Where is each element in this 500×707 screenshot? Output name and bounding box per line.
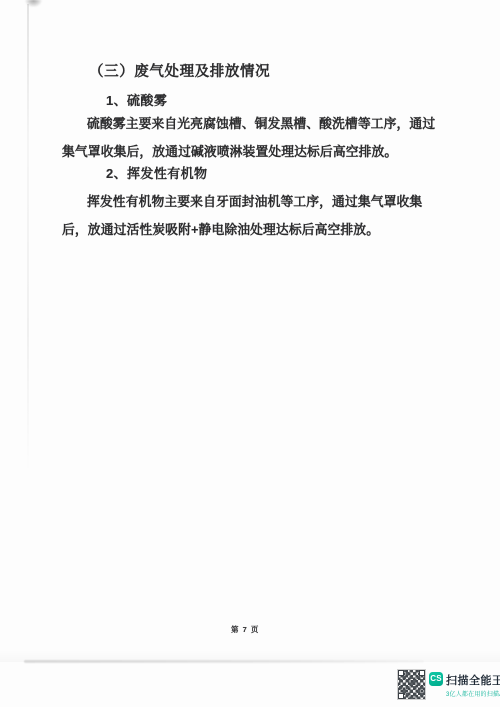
paragraph-2-line-2: 后，放通过活性炭吸附+静电除油处理达标后高空排放。 [62,219,379,238]
scan-artifact-left-line [27,4,29,474]
qr-finder-pattern [398,670,404,676]
subsection-2-title: 2、挥发性有机物 [106,163,207,182]
scan-artifact-page-edge [24,660,424,663]
paragraph-1-line-2: 集气罩收集后，放通过碱液喷淋装置处理达标后高空排放。 [62,141,397,160]
section-heading: （三）废气处理及排放情况 [89,60,270,81]
camscanner-brand-name: 扫描全能王 [446,672,500,688]
page-number: 第 7 页 [231,624,259,635]
qr-code-icon [398,670,425,699]
camscanner-watermark: CS 扫描全能王 3亿人都在用的扫描App [398,669,498,701]
qr-finder-pattern [419,670,425,676]
qr-finder-pattern [398,693,404,699]
scanned-document-page: { "document": { "heading": "（三）废气处理及排放情况… [0,0,500,707]
paragraph-2-line-1: 挥发性有机物主要来自牙面封油机等工序，通过集气罩收集 [87,191,422,210]
paragraph-1-line-1: 硫酸雾主要来自光亮腐蚀槽、铜发黑槽、酸洗槽等工序，通过 [87,113,435,132]
subsection-1-title: 1、硫酸雾 [106,90,167,109]
camscanner-tagline: 3亿人都在用的扫描App [446,689,500,698]
camscanner-logo-icon: CS [429,672,443,686]
